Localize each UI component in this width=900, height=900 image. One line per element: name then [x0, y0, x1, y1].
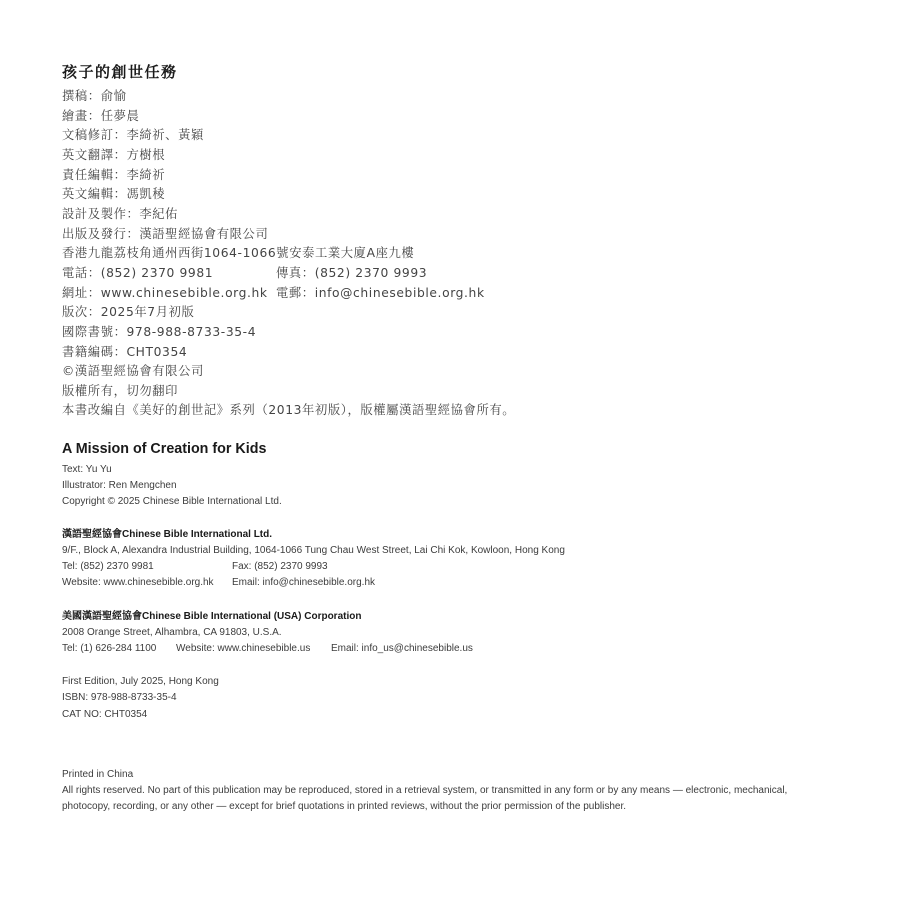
usa-office-website: Website: www.chinesebible.us	[176, 643, 310, 655]
credit-design: 設計及製作：李紀佑	[62, 206, 178, 222]
printed-in: Printed in China	[62, 769, 133, 781]
credit-writer: 撰稿：俞愉	[62, 88, 127, 104]
credit-text-en: Text: Yu Yu	[62, 464, 112, 476]
hk-office-address: 9/F., Block A, Alexandra Industrial Buil…	[62, 545, 565, 557]
fax-zh: 傳真：(852) 2370 9993	[276, 265, 427, 281]
rights-statement-line1: All rights reserved. No part of this pub…	[62, 785, 787, 797]
catalog-number-en: CAT NO: CHT0354	[62, 709, 147, 721]
credit-illustrator-en: Illustrator: Ren Mengchen	[62, 480, 177, 492]
english-book-title: A Mission of Creation for Kids	[62, 441, 266, 457]
rights-statement-line2: photocopy, recording, or any other — exc…	[62, 801, 626, 813]
copyright-zh: ©漢語聖經協會有限公司	[62, 363, 204, 379]
hk-office-website: Website: www.chinesebible.org.hk	[62, 577, 214, 589]
usa-office-address: 2008 Orange Street, Alhambra, CA 91803, …	[62, 627, 282, 639]
credit-publisher: 出版及發行：漢語聖經協會有限公司	[62, 226, 268, 242]
credit-english-translation: 英文翻譯：方樹根	[62, 147, 165, 163]
usa-office-tel: Tel: (1) 626-284 1100	[62, 643, 156, 655]
hk-office-name: 漢語聖經協會Chinese Bible International Ltd.	[62, 529, 272, 541]
edition-zh: 版次：2025年7月初版	[62, 304, 194, 320]
hk-office-tel: Tel: (852) 2370 9981	[62, 561, 154, 573]
phone-zh: 電話：(852) 2370 9981	[62, 265, 213, 281]
catalog-code-zh: 書籍編碼：CHT0354	[62, 344, 187, 360]
email-zh: 電郵：info@chinesebible.org.hk	[276, 285, 485, 301]
chinese-book-title: 孩子的創世任務	[62, 61, 178, 82]
usa-office-email: Email: info_us@chinesebible.us	[331, 643, 473, 655]
website-zh: 網址：www.chinesebible.org.hk	[62, 285, 268, 301]
credit-text-revision: 文稿修訂：李綺祈、黃穎	[62, 127, 204, 143]
credit-english-editor: 英文編輯：馮凱稜	[62, 186, 165, 202]
isbn-en: ISBN: 978-988-8733-35-4	[62, 692, 177, 704]
copyright-en: Copyright © 2025 Chinese Bible Internati…	[62, 496, 282, 508]
adaptation-note-zh: 本書改編自《美好的創世記》系列（2013年初版），版權屬漢語聖經協會所有。	[62, 402, 515, 418]
hk-office-fax: Fax: (852) 2370 9993	[232, 561, 328, 573]
hk-office-email: Email: info@chinesebible.org.hk	[232, 577, 375, 589]
rights-reserved-zh: 版權所有，切勿翻印	[62, 383, 178, 399]
credit-illustrator: 繪畫：任夢晨	[62, 108, 139, 124]
isbn-zh: 國際書號：978-988-8733-35-4	[62, 324, 256, 340]
publisher-address: 香港九龍荔枝角通州西街1064-1066號安泰工業大廈A座九樓	[62, 245, 414, 261]
edition-en: First Edition, July 2025, Hong Kong	[62, 676, 219, 688]
credit-editor: 責任編輯：李綺祈	[62, 167, 165, 183]
usa-office-name: 美國漢語聖經協會Chinese Bible International (USA…	[62, 611, 361, 623]
